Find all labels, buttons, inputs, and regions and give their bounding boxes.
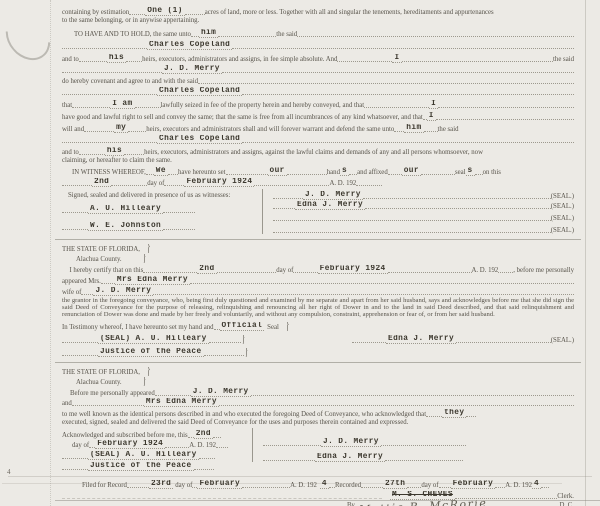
- typed-entry: him: [404, 124, 423, 133]
- form-line: THE STATE OF FLORIDA,}: [62, 244, 574, 253]
- form-text: the said: [438, 126, 459, 133]
- form-text: heirs, executors, administrators and ass…: [144, 149, 483, 156]
- form-line: claiming, or hereafter to claim the same…: [62, 156, 574, 164]
- typed-entry: his: [105, 147, 124, 156]
- dotted-leader: [62, 141, 157, 143]
- first-acknowledgment: THE STATE OF FLORIDA,}Alachua County.}I …: [62, 244, 574, 363]
- typed-entry: J. D. Merry: [162, 65, 222, 74]
- typed-entry: (SEAL) A. U. Hilleary: [88, 451, 199, 460]
- form-text: acres of land, more or less. Together wi…: [205, 9, 494, 16]
- form-line: (SEAL.): [273, 226, 574, 234]
- dotted-leader: [388, 173, 402, 175]
- form-text: day of: [421, 482, 438, 489]
- dotted-leader: [155, 394, 191, 396]
- typed-entry: my: [114, 124, 128, 133]
- two-column-block: Signed, sealed and delivered in presence…: [62, 189, 574, 234]
- typed-entry: 2nd: [92, 178, 111, 187]
- dotted-leader: [456, 341, 551, 343]
- dotted-leader: [356, 184, 382, 186]
- form-text: wife of: [62, 289, 81, 296]
- dotted-leader: [127, 486, 149, 488]
- spacer: [382, 499, 390, 500]
- two-column-block: Acknowledged and subscribed before me, t…: [62, 428, 574, 471]
- dotted-leader: [72, 106, 110, 108]
- spacer: [140, 252, 146, 253]
- filing-record: Filed for Record23rdday ofFebruaryA. D. …: [62, 480, 574, 506]
- dotted-leader: [466, 415, 476, 417]
- form-text: to the same belonging, or in anywise app…: [62, 17, 199, 24]
- dotted-leader: [222, 71, 574, 73]
- form-text: (SEAL.): [551, 203, 574, 210]
- form-text: (SEAL.): [551, 193, 574, 200]
- form-text: In Testimony whereof, I have hereunto se…: [62, 324, 214, 331]
- form-text: day of: [72, 442, 89, 449]
- form-line: Before me personally appearedJ. D. Merry: [62, 388, 574, 397]
- dotted-leader: [62, 457, 88, 459]
- form-text: executed, signed, sealed and delivered t…: [62, 419, 408, 426]
- spacer: [122, 262, 142, 263]
- dotted-leader: [62, 211, 88, 213]
- typed-entry: Justice of the Peace: [88, 462, 194, 471]
- form-line: ByMattie B. McRorieD. C.: [62, 500, 574, 506]
- typed-entry: Edna J. Merry: [386, 335, 456, 344]
- dotted-leader: [293, 271, 317, 273]
- form-text: lawfully seized in fee of the property h…: [161, 102, 365, 109]
- deputy-clerk-signature: Mattie B. McRorie: [359, 500, 488, 506]
- dotted-leader: [62, 341, 98, 343]
- form-line: (SEAL.): [273, 214, 574, 222]
- dotted-leader: [218, 35, 276, 37]
- typed-entry: J. D. Merry: [321, 438, 381, 447]
- typed-entry: February 1924: [95, 440, 165, 449]
- typed-entry: We: [154, 167, 168, 176]
- form-text: A. D. 192: [472, 267, 499, 274]
- dotted-leader: [62, 228, 88, 230]
- dotted-leader: [62, 71, 162, 73]
- form-line: (SEAL) A. U. Hilleary: [62, 451, 252, 460]
- form-line: Justice of the Peace}: [62, 348, 352, 357]
- second-acknowledgment: THE STATE OF FLORIDA,}Alachua County.}Be…: [62, 367, 574, 471]
- left-column: (SEAL) A. U. Hilleary}Justice of the Pea…: [62, 333, 352, 357]
- section-divider: [55, 362, 581, 363]
- form-text: Seal: [267, 324, 279, 331]
- form-line: M. S. CHEVESClerk.: [62, 491, 574, 500]
- typed-entry: they: [442, 409, 466, 418]
- typed-entry: J. D. Merry: [93, 287, 153, 296]
- typed-entry: Charles Copeland: [147, 41, 232, 50]
- typed-entry: Edna J. Merry: [315, 453, 385, 462]
- form-line: Signed, sealed and delivered in presence…: [62, 191, 262, 199]
- form-paragraph: the grantor in the foregoing conveyance,…: [62, 297, 574, 319]
- right-column: J. D. MerryEdna J. Merry: [252, 428, 574, 462]
- typed-entry: 27th: [383, 480, 407, 489]
- dotted-leader: [191, 35, 199, 37]
- typed-entry: I am: [110, 100, 134, 109]
- page-edge-line: [585, 0, 586, 506]
- form-text: IN WITNESS WHEREOF,: [72, 169, 146, 176]
- dotted-leader: [190, 282, 574, 284]
- dotted-leader: [436, 118, 574, 120]
- brace: }: [242, 335, 245, 344]
- typed-entry: One (1): [145, 7, 185, 16]
- form-line: Acknowledged and subscribed before me, t…: [62, 430, 252, 439]
- section-divider: [55, 239, 581, 240]
- form-text: have good and lawful right to sell and c…: [62, 114, 423, 121]
- dotted-leader: [213, 436, 221, 438]
- typed-entry: Justice of the Peace: [98, 348, 204, 357]
- spacer: [62, 262, 76, 263]
- form-text: hand: [327, 169, 340, 176]
- form-line: W. E. Johnston: [62, 222, 262, 231]
- left-column: Acknowledged and subscribed before me, t…: [62, 428, 252, 471]
- dotted-leader: [352, 341, 386, 343]
- typed-entry: February 1924: [184, 178, 254, 187]
- dotted-leader: [209, 341, 241, 343]
- dotted-leader: [495, 486, 505, 488]
- form-line: day ofFebruary 1924A. D. 192: [62, 440, 252, 449]
- form-line: Alachua County.}: [62, 254, 574, 263]
- form-line: Edna J. Merry(SEAL.): [352, 335, 574, 344]
- form-line: and tohisheirs, executors, administrator…: [62, 147, 574, 156]
- dotted-leader: [129, 13, 145, 15]
- form-text: Filed for Record: [82, 482, 127, 489]
- ledger-margin-line: [50, 0, 51, 506]
- dotted-leader: [421, 173, 455, 175]
- form-line: have good and lawful right to sell and c…: [62, 112, 574, 121]
- dotted-leader: [273, 197, 303, 199]
- dotted-leader: [62, 468, 88, 470]
- form-text: day of: [175, 482, 192, 489]
- dotted-leader: [204, 354, 244, 356]
- brace: }: [147, 244, 150, 253]
- dotted-leader: [273, 207, 295, 209]
- typed-entry: 23rd: [149, 480, 173, 489]
- form-text: Signed, sealed and delivered in presence…: [68, 192, 230, 199]
- typed-entry: February: [197, 480, 242, 489]
- form-text: A. D. 192: [329, 180, 356, 187]
- deed-document-content: containing by estimationOne (1)acres of …: [62, 5, 574, 506]
- form-text: THE STATE OF FLORIDA,: [62, 369, 140, 376]
- form-text: seal: [455, 169, 466, 176]
- typed-entry: 4: [320, 480, 329, 489]
- form-text: Acknowledged and subscribed before me, t…: [62, 432, 188, 439]
- dotted-leader: [146, 173, 154, 175]
- typed-entry: 2nd: [194, 430, 213, 439]
- form-text: and to: [62, 149, 79, 156]
- dotted-leader: [163, 211, 195, 213]
- dotted-leader: [475, 173, 483, 175]
- form-text: (SEAL.): [551, 215, 574, 222]
- dotted-leader: [438, 106, 574, 108]
- brace: }: [143, 254, 146, 263]
- form-text: the said: [553, 56, 574, 63]
- form-line: (SEAL) A. U. Hilleary}: [62, 335, 352, 344]
- form-text: and: [62, 400, 72, 407]
- brace: }: [245, 348, 248, 357]
- dotted-leader: [349, 173, 357, 175]
- dotted-leader: [168, 173, 178, 175]
- typed-entry: our: [402, 167, 421, 176]
- spacer: [279, 330, 285, 331]
- dotted-leader: [426, 415, 442, 417]
- typed-entry: I: [392, 54, 401, 63]
- dotted-leader: [394, 130, 404, 132]
- right-column: Edna J. Merry(SEAL.): [352, 333, 574, 344]
- form-text: Alachua County.: [76, 256, 122, 263]
- right-column: J. D. Merry(SEAL.)Edna J. Merry(SEAL.)(S…: [262, 189, 574, 234]
- dotted-leader: [124, 153, 144, 155]
- two-column-block: (SEAL) A. U. Hilleary}Justice of the Pea…: [62, 333, 574, 357]
- dotted-leader: [226, 173, 268, 175]
- form-text: have hereunto set: [178, 169, 226, 176]
- form-text: THE STATE OF FLORIDA,: [62, 246, 140, 253]
- typed-entry: his: [107, 54, 126, 63]
- dotted-leader: [84, 130, 114, 132]
- form-text: and to: [62, 56, 79, 63]
- dotted-leader: [363, 197, 551, 199]
- dotted-leader: [111, 184, 147, 186]
- typed-entry: 4: [532, 480, 541, 489]
- form-line: Justice of the Peace: [62, 462, 252, 471]
- form-text: By: [347, 502, 355, 506]
- form-line: Edna J. Merry(SEAL.): [273, 201, 574, 210]
- form-text: D. C.: [559, 502, 574, 506]
- form-text: (SEAL.): [551, 337, 574, 344]
- dotted-leader: [135, 106, 161, 108]
- typed-entry: Official: [220, 322, 265, 331]
- typed-entry: W. E. Johnston: [88, 222, 163, 231]
- dotted-leader: [199, 457, 215, 459]
- dotted-leader: [62, 47, 147, 49]
- dotted-leader: [263, 444, 321, 446]
- form-line: IN WITNESS WHEREOF,Wehave hereunto setou…: [62, 167, 574, 176]
- dotted-leader: [407, 486, 421, 488]
- dotted-leader: [337, 60, 392, 62]
- form-text: heirs, executors and administrators shal…: [146, 126, 394, 133]
- spacer: [122, 385, 142, 386]
- dotted-leader: [79, 60, 107, 62]
- spacer: [62, 396, 70, 397]
- dotted-leader: [254, 184, 329, 186]
- form-text: appeared Mrs.: [62, 278, 101, 285]
- dotted-leader: [424, 130, 438, 132]
- dotted-leader: [163, 228, 195, 230]
- dotted-leader: [219, 404, 574, 406]
- form-line: J. D. Merry(SEAL.): [273, 191, 574, 200]
- clerk-name-struck: M. S. CHEVES: [390, 491, 455, 500]
- dotted-leader: [126, 60, 142, 62]
- spacer: [62, 273, 69, 274]
- form-line: will andmyheirs, executors and administr…: [62, 124, 574, 133]
- typed-entry: Mrs Edna Merry: [115, 276, 190, 285]
- typed-entry: Edna J. Merry: [295, 201, 365, 210]
- typed-entry: February: [451, 480, 496, 489]
- brace: }: [143, 377, 146, 386]
- typed-entry: I: [427, 112, 436, 121]
- typed-entry: J. D. Merry: [191, 388, 251, 397]
- form-text: do hereby covenant and agree to and with…: [62, 78, 198, 85]
- spacer: [62, 385, 76, 386]
- form-line: 2ndday ofFebruary 1924A. D. 192: [62, 178, 574, 187]
- form-line: J. D. Merry: [62, 65, 574, 74]
- dotted-leader: [242, 141, 574, 143]
- form-text: A. D. 192: [505, 482, 532, 489]
- form-text: day of: [276, 267, 293, 274]
- form-text: the said: [276, 31, 297, 38]
- form-text: A. D. 192: [189, 442, 216, 449]
- dotted-leader: [232, 47, 574, 49]
- form-text: and affixed: [357, 169, 388, 176]
- dotted-leader: [165, 446, 189, 448]
- form-text: claiming, or hereafter to claim the same…: [62, 157, 172, 164]
- form-text: (SEAL.): [551, 227, 574, 234]
- form-line: containing by estimationOne (1)acres of …: [62, 7, 574, 16]
- typed-entry: our: [268, 167, 287, 176]
- dotted-leader: [72, 404, 144, 406]
- dotted-leader: [101, 282, 115, 284]
- form-text: A. D. 192: [290, 482, 317, 489]
- page-number: 4: [7, 468, 11, 476]
- dotted-leader: [361, 486, 383, 488]
- typed-entry: J. D. Merry: [303, 191, 363, 200]
- dotted-leader: [143, 271, 197, 273]
- form-line: andMrs Edna Merry: [62, 398, 574, 407]
- typed-entry: Charles Copeland: [157, 87, 242, 96]
- form-text: Alachua County.: [76, 379, 122, 386]
- form-line: to me well known as the identical person…: [62, 409, 574, 418]
- form-line: Alachua County.}: [62, 377, 574, 386]
- dotted-leader: [242, 93, 574, 95]
- typed-entry: him: [199, 29, 218, 38]
- form-text: Recorded: [335, 482, 361, 489]
- form-text: TO HAVE AND TO HOLD, the same unto: [74, 31, 191, 38]
- form-text: Clerk.: [557, 493, 574, 500]
- form-text: will and: [62, 126, 84, 133]
- dotted-leader: [185, 13, 205, 15]
- dotted-leader: [498, 271, 513, 273]
- dotted-leader: [364, 106, 429, 108]
- form-line: Charles Copeland: [62, 41, 574, 50]
- typed-entry: I: [429, 100, 438, 109]
- dotted-leader: [62, 354, 98, 356]
- spacer: [62, 448, 72, 449]
- spacer: [62, 488, 82, 489]
- dotted-leader: [164, 184, 184, 186]
- dotted-leader: [62, 497, 382, 499]
- form-line: executed, signed, sealed and delivered t…: [62, 418, 574, 426]
- dotted-leader: [79, 153, 105, 155]
- dotted-leader: [128, 130, 146, 132]
- form-text: to me well known as the identical person…: [62, 411, 426, 418]
- form-line: A. U. Hilleary: [62, 205, 262, 214]
- form-line: Filed for Record23rdday ofFebruaryA. D. …: [62, 480, 574, 489]
- spacer: [140, 375, 146, 376]
- form-line: THE STATE OF FLORIDA,}: [62, 367, 574, 376]
- dotted-leader: [439, 486, 451, 488]
- form-line: do hereby covenant and agree to and with…: [62, 77, 574, 85]
- typed-entry: 2nd: [197, 265, 216, 274]
- form-line: thatI amlawfully seized in fee of the pr…: [62, 100, 574, 109]
- dotted-leader: [273, 231, 551, 233]
- form-line: In Testimony whereof, I have hereunto se…: [62, 322, 574, 331]
- dotted-leader: [297, 35, 574, 37]
- dotted-leader: [216, 446, 228, 448]
- typed-entry: s: [340, 167, 349, 176]
- dotted-leader: [217, 271, 277, 273]
- form-line: to the same belonging, or in anywise app…: [62, 16, 574, 24]
- form-line: I hereby certify that on this2ndday ofFe…: [62, 265, 574, 274]
- dotted-leader: [388, 271, 472, 273]
- brace: }: [147, 367, 150, 376]
- typed-entry: Charles Copeland: [157, 135, 242, 144]
- typed-entry: February 1924: [318, 265, 388, 274]
- dotted-leader: [62, 184, 92, 186]
- form-text: containing by estimation: [62, 9, 129, 16]
- form-text: day of: [147, 180, 164, 187]
- spacer: [62, 37, 74, 38]
- brace: }: [286, 322, 289, 331]
- form-line: Charles Copeland: [62, 135, 574, 144]
- dotted-leader: [402, 60, 554, 62]
- form-text: heirs, executors, administrators and ass…: [142, 56, 337, 63]
- dotted-leader: [273, 219, 551, 221]
- dotted-leader: [242, 486, 290, 488]
- typed-entry: (SEAL) A. U. Hilleary: [98, 335, 209, 344]
- form-text: Before me personally appeared: [70, 390, 155, 397]
- dotted-leader: [251, 394, 574, 396]
- dotted-leader: [381, 444, 466, 446]
- form-text: I hereby certify that on this: [69, 267, 143, 274]
- form-line: J. D. Merry: [263, 438, 574, 447]
- form-line: Edna J. Merry: [263, 453, 574, 462]
- typed-entry: Mrs Edna Merry: [144, 398, 219, 407]
- dotted-leader: [385, 459, 463, 461]
- dotted-leader: [541, 486, 549, 488]
- form-line: TO HAVE AND TO HOLD, the same untohimthe…: [62, 29, 574, 38]
- dotted-leader: [153, 293, 574, 295]
- left-column: Signed, sealed and delivered in presence…: [62, 189, 262, 231]
- form-line: Charles Copeland: [62, 87, 574, 96]
- typed-entry: s: [466, 167, 475, 176]
- form-line: appeared Mrs.Mrs Edna Merry: [62, 276, 574, 285]
- dotted-leader: [198, 82, 574, 84]
- form-text: on this: [483, 169, 501, 176]
- form-text: , before me personally: [513, 267, 574, 274]
- form-text: that: [62, 102, 72, 109]
- dotted-leader: [287, 173, 327, 175]
- scanned-deed-page: 4 containing by estimationOne (1)acres o…: [0, 0, 600, 506]
- dotted-leader: [81, 293, 93, 295]
- deed-continuation: containing by estimationOne (1)acres of …: [62, 7, 574, 240]
- dotted-leader: [365, 207, 551, 209]
- dotted-leader: [455, 497, 557, 499]
- typed-entry: A. U. Hilleary: [88, 205, 163, 214]
- dotted-leader: [194, 468, 214, 470]
- form-line: wife ofJ. D. Merry: [62, 287, 574, 296]
- dotted-leader: [62, 93, 157, 95]
- dotted-leader: [263, 459, 315, 461]
- spacer: [62, 175, 72, 176]
- form-line: and tohisheirs, executors, administrator…: [62, 54, 574, 63]
